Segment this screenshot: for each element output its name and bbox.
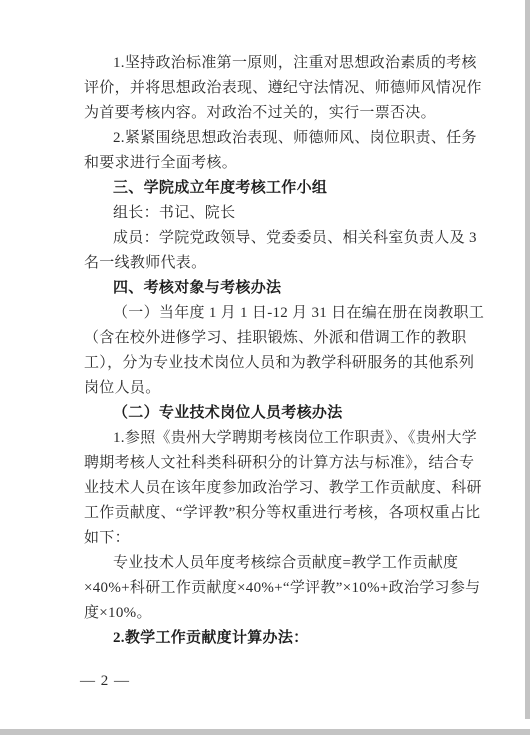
- text-line: 1.坚持政治标准第一原则，注重对思想政治素质的考核: [84, 51, 484, 76]
- text-line: 业技术人员在该年度参加政治学习、教学工作贡献度、科研: [84, 476, 484, 501]
- heading-line: （二）专业技术岗位人员考核办法: [84, 401, 484, 426]
- text-line: 和要求进行全面考核。: [84, 151, 484, 176]
- text-line: 评价，并将思想政治表现、遵纪守法情况、师德师风情况作: [84, 76, 484, 101]
- text-line: （一）当年度 1 月 1 日-12 月 31 日在编在册在岗教职工: [84, 301, 484, 326]
- page-edge-bottom: [0, 729, 530, 735]
- document-page: { "page": { "footer": { "page_number": "…: [0, 0, 530, 735]
- text-line: 名一线教师代表。: [84, 251, 484, 276]
- text-line: （含在校外进修学习、挂职锻炼、外派和借调工作的教职: [84, 326, 484, 351]
- heading-line: 三、学院成立年度考核工作小组: [84, 176, 484, 201]
- text-line: 专业技术人员年度考核综合贡献度=教学工作贡献度: [84, 551, 484, 576]
- text-line: ×40%+科研工作贡献度×40%+“学评教”×10%+政治学习参与: [84, 576, 484, 601]
- text-line: 度×10%。: [84, 601, 484, 626]
- text-line: 1.参照《贵州大学聘期考核岗位工作职责》、《贵州大学: [84, 426, 484, 451]
- heading-line: 四、考核对象与考核办法: [84, 276, 484, 301]
- text-line: 岗位人员。: [84, 376, 484, 401]
- text-line: 组长：书记、院长: [84, 201, 484, 226]
- text-line: 如下：: [84, 526, 484, 551]
- text-line: 工作贡献度、“学评教”积分等权重进行考核，各项权重占比: [84, 501, 484, 526]
- text-line: 聘期考核人文社科类科研积分的计算方法与标准》，结合专: [84, 451, 484, 476]
- document-body: 1.坚持政治标准第一原则，注重对思想政治素质的考核 评价，并将思想政治表现、遵纪…: [84, 51, 484, 651]
- text-line: 为首要考核内容。对政治不过关的，实行一票否决。: [84, 101, 484, 126]
- page-edge-right: [525, 0, 530, 719]
- text-line: 成员：学院党政领导、党委委员、相关科室负责人及 3: [84, 226, 484, 251]
- text-line: 2.紧紧围绕思想政治表现、师德师风、岗位职责、任务: [84, 126, 484, 151]
- text-line: 工），分为专业技术岗位人员和为教学科研服务的其他系列: [84, 351, 484, 376]
- heading-line: 2.教学工作贡献度计算办法：: [84, 626, 484, 651]
- page-number: — 2 —: [80, 669, 130, 694]
